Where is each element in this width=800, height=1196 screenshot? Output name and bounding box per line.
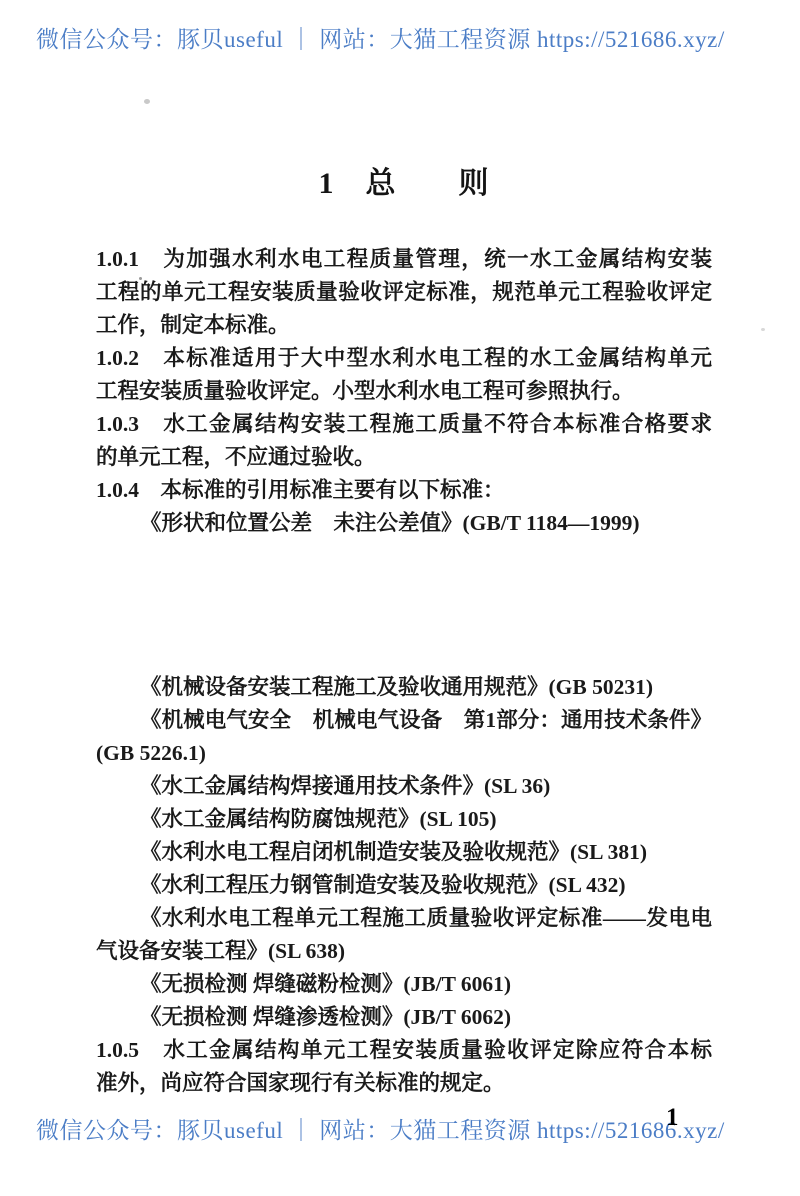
reference-line: 《水工金属结构防腐蚀规范》(SL 105) <box>96 803 712 836</box>
chapter-title: 1 总 则 <box>96 158 712 202</box>
page-number: 1 <box>666 1104 679 1132</box>
scan-artifact <box>144 99 150 104</box>
reference-line: 《机械电气安全 机械电气设备 第1部分：通用技术条件》 <box>96 704 712 737</box>
text-line: 1.0.5 水工金属结构单元工程安装质量验收评定除应符合本标 <box>96 1034 712 1067</box>
body-text: 1.0.1 为加强水利水电工程质量管理，统一水工金属结构安装 工程的单元工程安装… <box>96 243 712 1100</box>
reference-line: 《无损检测 焊缝渗透检测》(JB/T 6062) <box>96 1001 712 1034</box>
text-line: 1.0.4 本标准的引用标准主要有以下标准： <box>96 474 712 507</box>
reference-line: 《水利水电工程单元工程施工质量验收评定标准——发电电 <box>96 902 712 935</box>
text-line: 1.0.2 本标准适用于大中型水利水电工程的水工金属结构单元 <box>96 342 712 375</box>
text-line: 的单元工程，不应通过验收。 <box>96 441 712 474</box>
reference-line: 《形状和位置公差 未注公差值》(GB/T 1184—1999) <box>96 507 712 540</box>
text-line: 1.0.1 为加强水利水电工程质量管理，统一水工金属结构安装 <box>96 243 712 276</box>
reference-line: 《无损检测 焊缝磁粉检测》(JB/T 6061) <box>96 968 712 1001</box>
reference-line: 《机械设备安装工程施工及验收通用规范》(GB 50231) <box>96 671 712 704</box>
text-line: 准外，尚应符合国家现行有关标准的规定。 <box>96 1067 712 1100</box>
text-line: 工程的单元工程安装质量验收评定标准，规范单元工程验收评定 <box>96 276 712 309</box>
watermark-top: 微信公众号：豚贝useful ｜ 网站：大猫工程资源 https://52168… <box>36 26 725 54</box>
text-line: 工作，制定本标准。 <box>96 309 712 342</box>
scan-artifact <box>139 277 142 280</box>
reference-line: 《水利水电工程启闭机制造安装及验收规范》(SL 381) <box>96 836 712 869</box>
scan-artifact <box>761 328 765 331</box>
reference-line: 《水利工程压力钢管制造安装及验收规范》(SL 432) <box>96 869 712 902</box>
text-line: 1.0.3 水工金属结构安装工程施工质量不符合本标准合格要求 <box>96 408 712 441</box>
document-page: 微信公众号：豚贝useful ｜ 网站：大猫工程资源 https://52168… <box>0 0 800 1196</box>
reference-line: 气设备安装工程》(SL 638) <box>96 935 712 968</box>
reference-line: (GB 5226.1) <box>96 737 712 770</box>
text-line: 工程安装质量验收评定。小型水利水电工程可参照执行。 <box>96 375 712 408</box>
reference-line: 《水工金属结构焊接通用技术条件》(SL 36) <box>96 770 712 803</box>
watermark-bottom: 微信公众号：豚贝useful ｜ 网站：大猫工程资源 https://52168… <box>36 1117 725 1145</box>
